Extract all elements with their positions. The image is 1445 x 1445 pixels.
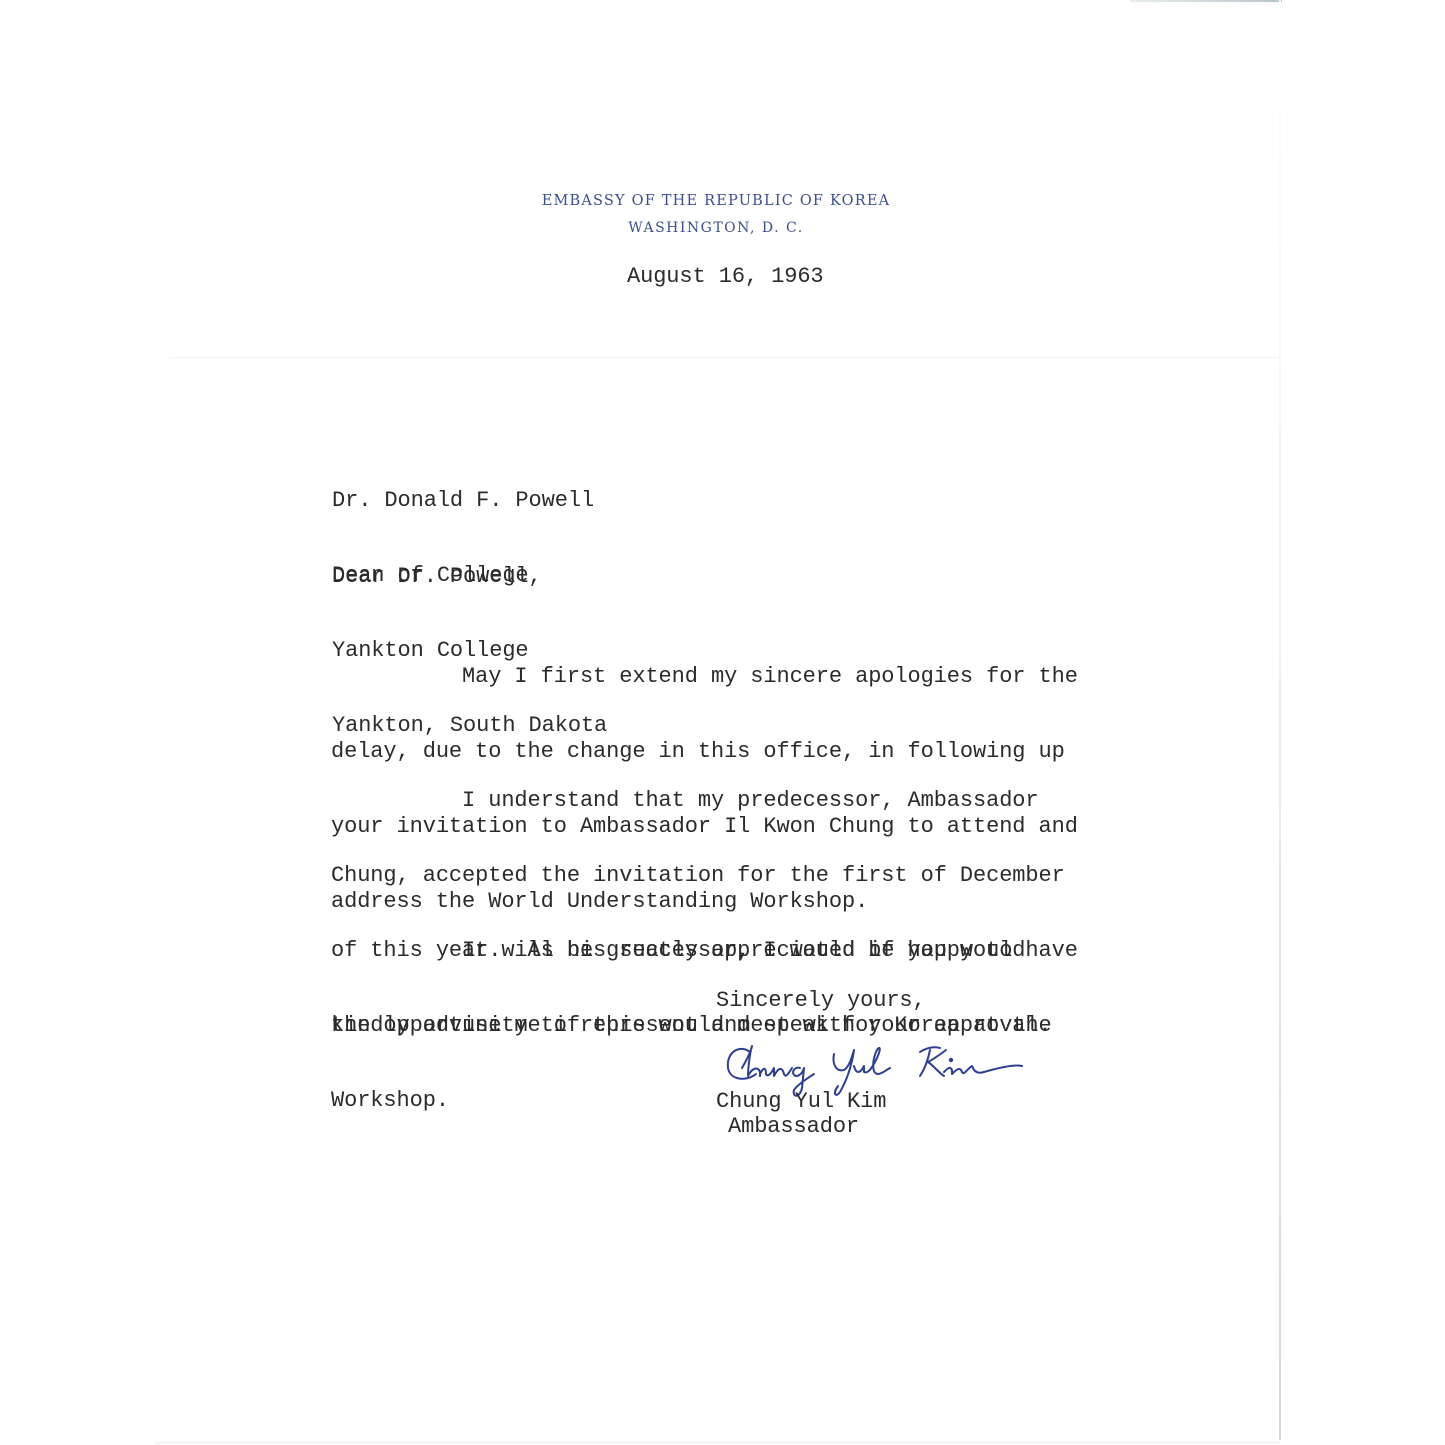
paragraph-line: I understand that my predecessor, Ambass… xyxy=(331,788,1078,813)
paper-bottom-edge xyxy=(155,1441,1280,1444)
paragraph-line: Chung, accepted the invitation for the f… xyxy=(331,863,1078,888)
fold-line xyxy=(170,357,1280,358)
letterhead-location: WASHINGTON, D. C. xyxy=(0,220,1432,236)
salutation: Dear Dr. Powell, xyxy=(332,564,542,589)
recipient-name: Dr. Donald F. Powell xyxy=(332,488,607,513)
signer-name: Chung Yul Kim xyxy=(716,1089,886,1114)
letter-page: EMBASSY OF THE REPUBLIC OF KOREA WASHING… xyxy=(0,0,1445,1445)
paper-right-edge xyxy=(1279,0,1281,1440)
letter-date: August 16, 1963 xyxy=(627,264,824,289)
paragraph-line: It will be greatly appreciated if you wo… xyxy=(331,938,1052,963)
signer-title: Ambassador xyxy=(728,1114,859,1139)
closing: Sincerely yours, xyxy=(716,988,926,1013)
paragraph-line: May I first extend my sincere apologies … xyxy=(331,664,1078,689)
paper-top-edge xyxy=(1130,0,1282,2)
paragraph-line: kindly advise me if this would meet with… xyxy=(331,1013,1052,1038)
letterhead-organization: EMBASSY OF THE REPUBLIC OF KOREA xyxy=(0,193,1432,209)
